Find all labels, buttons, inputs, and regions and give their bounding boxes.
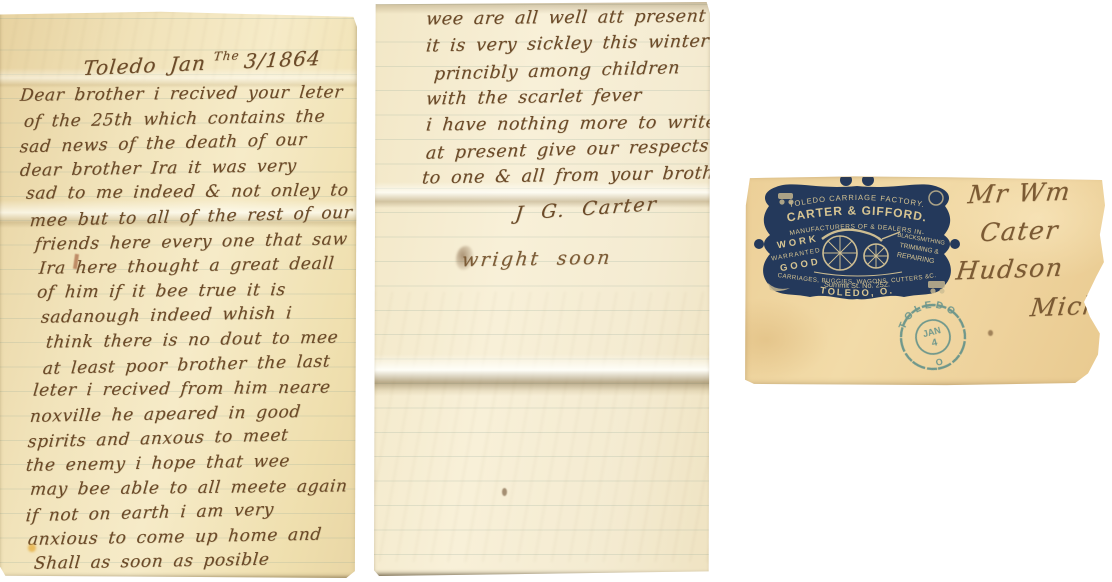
postmark-day-text: 4 [931, 337, 939, 349]
letter-line: the enemy i hope that wee [25, 450, 355, 480]
fold-crease-strong [374, 354, 710, 396]
address-line: Hudson [953, 252, 1102, 295]
carriage-ad-stamp: TOLEDO CARRIAGE FACTORY. CARTER & GIFFOR… [752, 177, 962, 309]
page1-body: Dear brother i recived your leterof the … [20, 84, 353, 576]
paper-speck [502, 488, 507, 496]
letter-page-1: Toledo JanThe3/1864 Dear brother i reciv… [0, 10, 357, 578]
envelope: TOLEDO CARRIAGE FACTORY. CARTER & GIFFOR… [744, 176, 1112, 386]
page2-body: wee are all well att presentit is very s… [426, 8, 708, 193]
postmark-state-text: O [935, 357, 944, 368]
letter-line: to one & all from your brother [421, 164, 710, 195]
ink-bleedthrough [374, 292, 710, 562]
address-line: Cater [977, 214, 1102, 256]
letter-page-2: wee are all well att presentit is very s… [374, 2, 710, 576]
address-line: Mich [1027, 291, 1102, 331]
letter-line: with the scarlet fever [425, 85, 710, 116]
superscript-the: The [213, 48, 240, 63]
wagon-icon [928, 281, 945, 288]
letter-line: Shall as soon as posible [33, 548, 355, 578]
place-date-text: Toledo Jan [82, 51, 207, 80]
coach-icon [778, 193, 793, 199]
date-text: 3/1864 [243, 46, 322, 73]
signature: J G. Carter [514, 193, 659, 225]
postscript: wright soon [461, 247, 613, 272]
paper-speck [988, 330, 993, 336]
address-block: Mr WmCaterHudsonMich [956, 178, 1100, 330]
address-line: Mr Wm [965, 176, 1102, 219]
postmark-month-text: JAN [922, 325, 942, 339]
date-line: Toledo JanThe3/1864 [82, 45, 322, 80]
